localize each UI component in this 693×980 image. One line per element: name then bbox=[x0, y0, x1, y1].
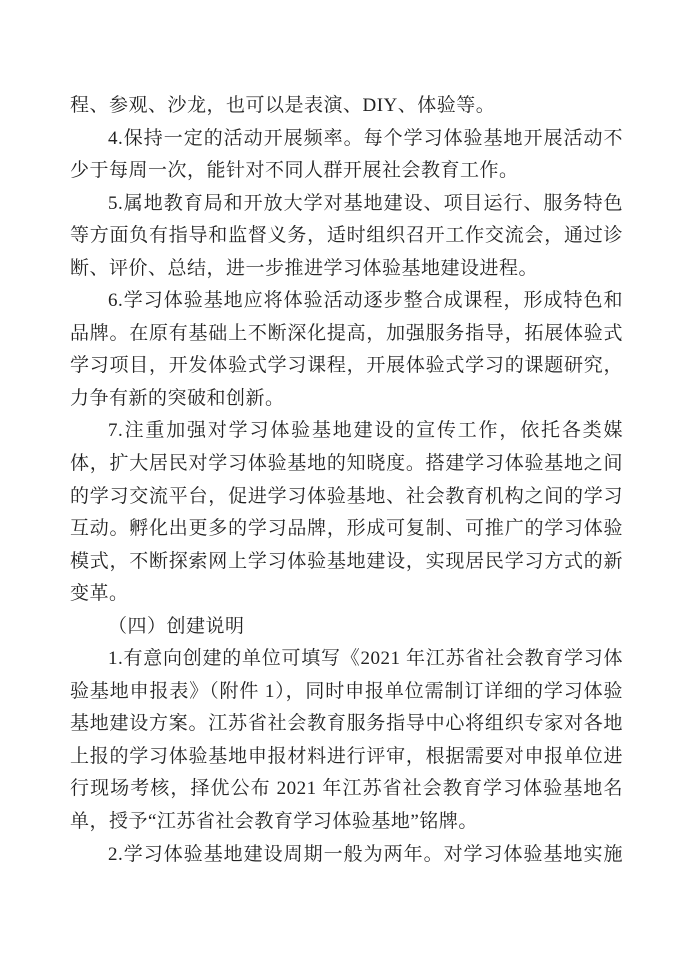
text-line: 力争有新的突破和创新。 bbox=[70, 383, 623, 416]
section-heading: （四）创建说明 bbox=[70, 611, 623, 644]
text-line: 的学习交流平台，促进学习体验基地、社会教育机构之间的学习 bbox=[70, 481, 623, 514]
text-line: 2.学习体验基地建设周期一般为两年。对学习体验基地实施 bbox=[70, 839, 623, 872]
document-body-text: 程、参观、沙龙，也可以是表演、DIY、体验等。 4.保持一定的活动开展频率。每个… bbox=[70, 90, 623, 871]
text-line: 5.属地教育局和开放大学对基地建设、项目运行、服务特色 bbox=[70, 188, 623, 221]
text-line: 单，授予“江苏省社会教育学习体验基地”铭牌。 bbox=[70, 806, 623, 839]
text-line: 行现场考核，择优公布 2021 年江苏省社会教育学习体验基地名 bbox=[70, 773, 623, 806]
text-line: 上报的学习体验基地申报材料进行评审，根据需要对申报单位进 bbox=[70, 741, 623, 774]
text-line: 学习项目，开发体验式学习课程，开展体验式学习的课题研究， bbox=[70, 350, 623, 383]
text-line: 体，扩大居民对学习体验基地的知晓度。搭建学习体验基地之间 bbox=[70, 448, 623, 481]
text-line: 1.有意向创建的单位可填写《2021 年江苏省社会教育学习体 bbox=[70, 643, 623, 676]
text-line: 等方面负有指导和监督义务，适时组织召开工作交流会，通过诊 bbox=[70, 220, 623, 253]
text-line: 程、参观、沙龙，也可以是表演、DIY、体验等。 bbox=[70, 90, 623, 123]
document-page: 程、参观、沙龙，也可以是表演、DIY、体验等。 4.保持一定的活动开展频率。每个… bbox=[0, 0, 693, 980]
text-line: 互动。孵化出更多的学习品牌，形成可复制、可推广的学习体验 bbox=[70, 513, 623, 546]
text-line: 品牌。在原有基础上不断深化提高，加强服务指导，拓展体验式 bbox=[70, 318, 623, 351]
text-line: 验基地申报表》（附件 1），同时申报单位需制订详细的学习体验 bbox=[70, 676, 623, 709]
text-line: 4.保持一定的活动开展频率。每个学习体验基地开展活动不 bbox=[70, 123, 623, 156]
text-line: 基地建设方案。江苏省社会教育服务指导中心将组织专家对各地 bbox=[70, 708, 623, 741]
text-line: 7.注重加强对学习体验基地建设的宣传工作，依托各类媒 bbox=[70, 415, 623, 448]
text-line: 少于每周一次，能针对不同人群开展社会教育工作。 bbox=[70, 155, 623, 188]
text-line: 变革。 bbox=[70, 578, 623, 611]
text-line: 模式，不断探索网上学习体验基地建设，实现居民学习方式的新 bbox=[70, 546, 623, 579]
text-line: 断、评价、总结，进一步推进学习体验基地建设进程。 bbox=[70, 253, 623, 286]
text-line: 6.学习体验基地应将体验活动逐步整合成课程，形成特色和 bbox=[70, 285, 623, 318]
